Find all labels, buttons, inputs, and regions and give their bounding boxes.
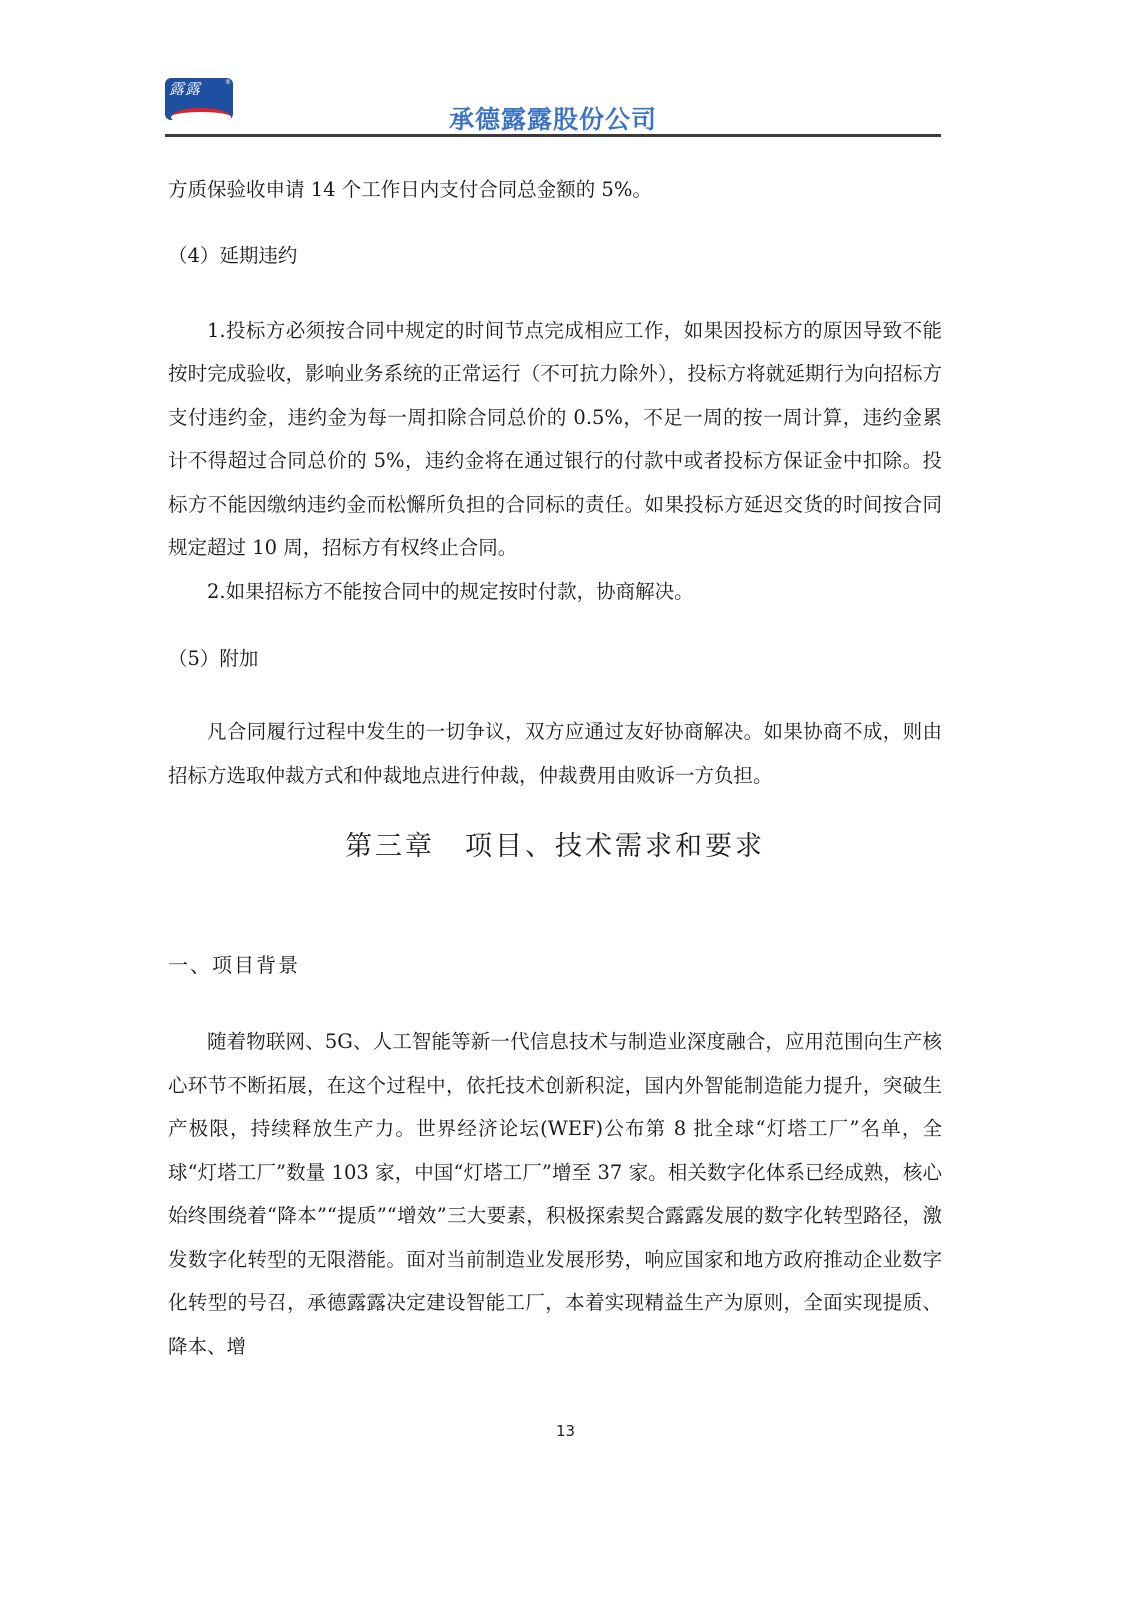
section-5-title: （5）附加	[168, 637, 942, 680]
section-4-title: （4）延期违约	[168, 234, 942, 277]
chapter-title: 第三章 项目、技术需求和要求	[168, 827, 942, 867]
background-paragraph: 随着物联网、5G、人工智能等新一代信息技术与制造业深度融合，应用范围向生产核心环…	[168, 1020, 942, 1368]
page-header: 露露 ® 承德露露股份公司	[165, 78, 941, 138]
section-4-item-2: 2.如果招标方不能按合同中的规定按时付款，协商解决。	[168, 570, 942, 614]
page-number: 13	[0, 1422, 1131, 1440]
section-heading: 一、项目背景	[168, 949, 942, 978]
document-body: 方质保验收申请 14 个工作日内支付合同总金额的 5%。 （4）延期违约 1.投…	[168, 168, 942, 1368]
section-5-text: 凡合同履行过程中发生的一切争议，双方应通过友好协商解决。如果协商不成，则由招标方…	[168, 710, 942, 797]
company-name: 承德露露股份公司	[165, 100, 941, 136]
paragraph-carryover: 方质保验收申请 14 个工作日内支付合同总金额的 5%。	[168, 168, 942, 212]
section-4-item-1: 1.投标方必须按合同中规定的时间节点完成相应工作，如果因投标方的原因导致不能按时…	[168, 309, 942, 570]
registered-mark-icon: ®	[225, 79, 231, 86]
header-divider	[165, 134, 941, 137]
logo-text: 露露	[169, 81, 201, 97]
